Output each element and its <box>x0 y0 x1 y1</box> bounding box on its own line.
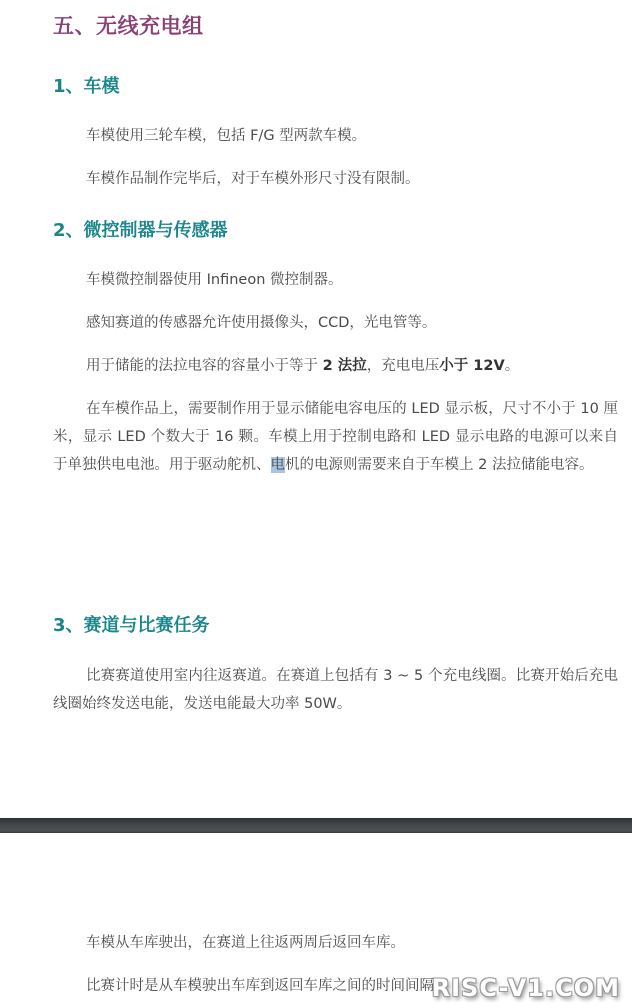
section-heading-mcu-sensors: 2、微控制器与传感器 <box>53 216 228 242</box>
paragraph: 车模使用三轮车模，包括 F/G 型两款车模。 <box>86 122 366 150</box>
paragraph: 车模作品制作完毕后，对于车模外形尺寸没有限制。 <box>86 165 420 193</box>
section-heading-track-tasks: 3、赛道与比赛任务 <box>53 611 210 637</box>
paragraph-led-display[interactable]: 在车模作品上，需要制作用于显示储能电容电压的 LED 显示板，尺寸不小于 10 … <box>53 395 618 479</box>
text-run: ，充电电压 <box>367 358 440 374</box>
page-divider <box>0 818 632 833</box>
text-run: 机的电源则需要来自于车模上 2 法拉储能电容。 <box>285 457 593 473</box>
paragraph: 比赛计时是从车模驶出车库到返回车库之间的时间间隔。 <box>86 972 449 1000</box>
paragraph: 感知赛道的传感器允许使用摄像头，CCD，光电管等。 <box>86 309 436 337</box>
bold-text: 小于 12V <box>439 358 504 374</box>
text-run: 用于储能的法拉电容的容量小于等于 <box>86 358 323 374</box>
paragraph: 比赛赛道使用室内往返赛道。在赛道上包括有 3 ~ 5 个充电线圈。比赛开始后充电… <box>53 662 618 718</box>
text-run: 。 <box>505 358 520 374</box>
watermark: RISC-V1.COM <box>432 974 620 1002</box>
document-title: 五、无线充电组 <box>53 10 204 40</box>
section-heading-car-model: 1、车模 <box>53 72 120 98</box>
paragraph: 车模微控制器使用 Infineon 微控制器。 <box>86 266 343 294</box>
document-page-1: 五、无线充电组 1、车模 车模使用三轮车模，包括 F/G 型两款车模。 车模作品… <box>0 0 632 818</box>
paragraph-capacitor: 用于储能的法拉电容的容量小于等于 2 法拉，充电电压小于 12V。 <box>86 352 519 380</box>
selected-text[interactable]: 电 <box>271 457 286 473</box>
bold-text: 2 法拉 <box>323 358 367 374</box>
document-page-2: 车模从车库驶出，在赛道上往返两周后返回车库。 比赛计时是从车模驶出车库到返回车库… <box>0 833 632 1008</box>
paragraph: 车模从车库驶出，在赛道上往返两周后返回车库。 <box>86 929 405 957</box>
